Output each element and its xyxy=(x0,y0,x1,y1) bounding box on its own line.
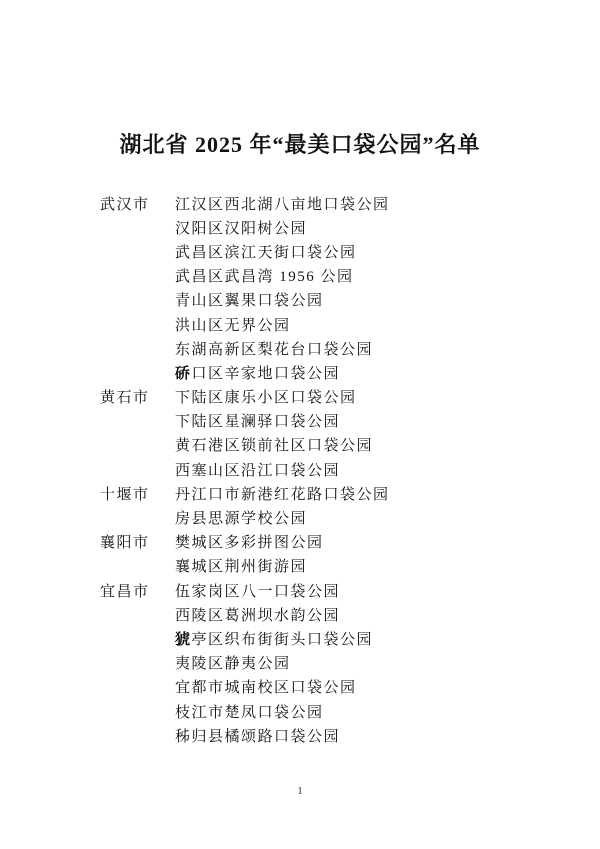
park-name: 丹江口市新港红花路口袋公园 xyxy=(175,483,540,504)
city-label: 黄石市 xyxy=(100,386,175,407)
park-name: 黄石港区锁前社区口袋公园 xyxy=(175,434,540,455)
park-name: 武昌区武昌湾 1956 公园 xyxy=(175,265,540,286)
park-name: 伍家岗区八一口袋公园 xyxy=(175,580,540,601)
park-name: 秭归县橘颂路口袋公园 xyxy=(175,725,540,746)
park-row: 青山区翼果口袋公园 xyxy=(100,288,540,312)
park-row: 武汉市江汉区西北湖八亩地口袋公园 xyxy=(100,191,540,215)
park-row: 秭归县橘颂路口袋公园 xyxy=(100,723,540,747)
park-name: 西陵区葛洲坝水韵公园 xyxy=(175,604,540,625)
park-row: 枝江市楚凤口袋公园 xyxy=(100,699,540,723)
park-name: 汉阳区汉阳树公园 xyxy=(175,217,540,238)
park-name: 武昌区滨江天街口袋公园 xyxy=(175,241,540,262)
park-name: 硚口区辛家地口袋公园 xyxy=(175,362,540,383)
park-row: 黄石市下陆区康乐小区口袋公园 xyxy=(100,385,540,409)
park-name: 夷陵区静夷公园 xyxy=(175,652,540,673)
page-number: 1 xyxy=(0,785,600,797)
park-name: 东湖高新区梨花台口袋公园 xyxy=(175,338,540,359)
park-name: 樊城区多彩拼图公园 xyxy=(175,531,540,552)
park-name: 洪山区无界公园 xyxy=(175,314,540,335)
park-row: 房县思源学校公园 xyxy=(100,505,540,529)
park-row: 西陵区葛洲坝水韵公园 xyxy=(100,602,540,626)
park-row: 十堰市丹江口市新港红花路口袋公园 xyxy=(100,481,540,505)
city-label: 武汉市 xyxy=(100,193,175,214)
park-name: 下陆区康乐小区口袋公园 xyxy=(175,386,540,407)
park-row: 洪山区无界公园 xyxy=(100,312,540,336)
park-row: 襄城区荆州街游园 xyxy=(100,554,540,578)
park-row: 夷陵区静夷公园 xyxy=(100,651,540,675)
document-page: 湖北省 2025 年“最美口袋公园”名单 武汉市江汉区西北湖八亩地口袋公园汉阳区… xyxy=(0,0,600,849)
park-row: 黄石港区锁前社区口袋公园 xyxy=(100,433,540,457)
park-name: 下陆区星澜驿口袋公园 xyxy=(175,410,540,431)
park-name: 江汉区西北湖八亩地口袋公园 xyxy=(175,193,540,214)
park-row: 武昌区武昌湾 1956 公园 xyxy=(100,264,540,288)
page-title: 湖北省 2025 年“最美口袋公园”名单 xyxy=(0,130,600,160)
park-row: 汉阳区汉阳树公园 xyxy=(100,215,540,239)
park-row: 武昌区滨江天街口袋公园 xyxy=(100,239,540,263)
park-row: 西塞山区沿江口袋公园 xyxy=(100,457,540,481)
city-label: 十堰市 xyxy=(100,483,175,504)
park-row: 襄阳市樊城区多彩拼图公园 xyxy=(100,530,540,554)
park-row: 下陆区星澜驿口袋公园 xyxy=(100,409,540,433)
park-name: 猇亭区织布街街头口袋公园 xyxy=(175,628,540,649)
city-label: 宜昌市 xyxy=(100,580,175,601)
park-name: 青山区翼果口袋公园 xyxy=(175,289,540,310)
city-label: 襄阳市 xyxy=(100,531,175,552)
park-row: 硚口区辛家地口袋公园 xyxy=(100,360,540,384)
fallback-glyph: 猇 xyxy=(175,632,192,648)
fallback-glyph: 硚 xyxy=(175,366,192,382)
park-row: 猇亭区织布街街头口袋公园 xyxy=(100,626,540,650)
park-name: 西塞山区沿江口袋公园 xyxy=(175,459,540,480)
park-list: 武汉市江汉区西北湖八亩地口袋公园汉阳区汉阳树公园武昌区滨江天街口袋公园武昌区武昌… xyxy=(100,191,540,747)
park-row: 东湖高新区梨花台口袋公园 xyxy=(100,336,540,360)
park-row: 宜都市城南校区口袋公园 xyxy=(100,675,540,699)
park-name: 房县思源学校公园 xyxy=(175,507,540,528)
park-name: 枝江市楚凤口袋公园 xyxy=(175,701,540,722)
park-row: 宜昌市伍家岗区八一口袋公园 xyxy=(100,578,540,602)
park-name: 襄城区荆州街游园 xyxy=(175,555,540,576)
park-name: 宜都市城南校区口袋公园 xyxy=(175,676,540,697)
